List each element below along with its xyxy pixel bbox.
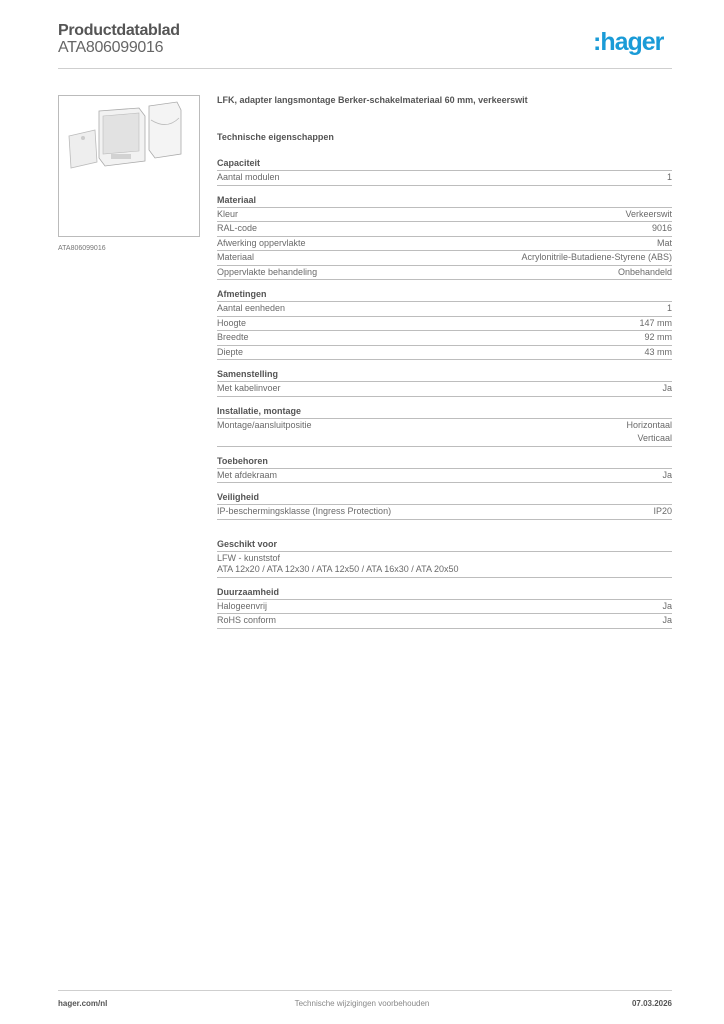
section-title: Veiligheid bbox=[217, 491, 672, 505]
spec-row: RoHS conform Ja bbox=[217, 614, 672, 629]
spec-label: Diepte bbox=[217, 346, 243, 360]
suitable-for-line: LFW - kunststof bbox=[217, 553, 672, 564]
image-caption: ATA806099016 bbox=[58, 245, 106, 252]
spec-row: Oppervlakte behandelingOnbehandeld bbox=[217, 266, 672, 281]
header-divider bbox=[58, 68, 672, 69]
spec-section: SamenstellingMet kabelinvoerJa bbox=[217, 368, 672, 397]
spec-label: Met afdekraam bbox=[217, 469, 277, 483]
spec-label: Hoogte bbox=[217, 317, 246, 331]
spec-content: LFK, adapter langsmontage Berker-schakel… bbox=[217, 95, 672, 637]
spec-value: Acrylonitrile-Butadiene-Styrene (ABS) bbox=[521, 251, 672, 265]
spec-section: AfmetingenAantal eenheden1Hoogte147 mmBr… bbox=[217, 288, 672, 360]
spec-row: IP-beschermingsklasse (Ingress Protectio… bbox=[217, 505, 672, 520]
product-image bbox=[58, 95, 200, 237]
spec-row: KleurVerkeerswit bbox=[217, 208, 672, 223]
spec-value: 147 mm bbox=[639, 317, 672, 331]
footer-divider bbox=[58, 990, 672, 991]
section-title: Geschikt voor bbox=[217, 538, 672, 552]
spec-label: RAL-code bbox=[217, 222, 257, 236]
footer-date: 07.03.2026 bbox=[632, 999, 672, 1008]
spec-label: Aantal eenheden bbox=[217, 302, 285, 316]
section-title: Afmetingen bbox=[217, 288, 672, 302]
spec-value: Onbehandeld bbox=[618, 266, 672, 280]
spec-row: Aantal eenheden1 bbox=[217, 302, 672, 317]
spec-label: Halogeenvrij bbox=[217, 600, 267, 614]
spec-section: MateriaalKleurVerkeerswitRAL-code9016Afw… bbox=[217, 194, 672, 281]
spec-label: Aantal modulen bbox=[217, 171, 280, 185]
spec-value: 1 bbox=[667, 302, 672, 316]
spec-row: MateriaalAcrylonitrile-Butadiene-Styrene… bbox=[217, 251, 672, 266]
spec-value: Verkeerswit bbox=[625, 208, 672, 222]
technical-properties-heading: Technische eigenschappen bbox=[217, 132, 672, 157]
spec-label: Montage/aansluitpositie bbox=[217, 419, 312, 446]
spec-row: Afwerking oppervlakteMat bbox=[217, 237, 672, 252]
section-title: Capaciteit bbox=[217, 157, 672, 171]
spec-row: Hoogte147 mm bbox=[217, 317, 672, 332]
spec-value: 1 bbox=[667, 171, 672, 185]
spec-label: Afwerking oppervlakte bbox=[217, 237, 306, 251]
spec-row: Met afdekraamJa bbox=[217, 469, 672, 484]
footer-disclaimer: Technische wijzigingen voorbehouden bbox=[0, 999, 724, 1008]
spec-label: Met kabelinvoer bbox=[217, 382, 281, 396]
product-description: LFK, adapter langsmontage Berker-schakel… bbox=[217, 95, 672, 132]
suitable-for-list: LFW - kunststof ATA 12x20 / ATA 12x30 / … bbox=[217, 552, 672, 578]
product-code: ATA806099016 bbox=[58, 39, 163, 57]
section-title: Toebehoren bbox=[217, 455, 672, 469]
spec-value: Mat bbox=[657, 237, 672, 251]
spec-value: Horizontaal Verticaal bbox=[626, 419, 672, 446]
section-title: Installatie, montage bbox=[217, 405, 672, 419]
spec-value: IP20 bbox=[653, 505, 672, 519]
spec-sections: CapaciteitAantal modulen1MateriaalKleurV… bbox=[217, 157, 672, 520]
spec-section: VeiligheidIP-beschermingsklasse (Ingress… bbox=[217, 491, 672, 520]
section-title: Materiaal bbox=[217, 194, 672, 208]
spec-label: Kleur bbox=[217, 208, 238, 222]
section-title: Samenstelling bbox=[217, 368, 672, 382]
spec-value: Ja bbox=[662, 469, 672, 483]
spec-value: 9016 bbox=[652, 222, 672, 236]
product-image-icon bbox=[59, 96, 199, 236]
spec-value: 43 mm bbox=[644, 346, 672, 360]
spec-label: IP-beschermingsklasse (Ingress Protectio… bbox=[217, 505, 391, 519]
spec-row: Breedte92 mm bbox=[217, 331, 672, 346]
spec-row: Aantal modulen1 bbox=[217, 171, 672, 186]
spec-row: Halogeenvrij Ja bbox=[217, 600, 672, 615]
spec-value: Ja bbox=[662, 614, 672, 628]
spec-row: Montage/aansluitpositieHorizontaal Verti… bbox=[217, 419, 672, 447]
hager-logo: :hager bbox=[593, 28, 663, 57]
spec-row: Diepte43 mm bbox=[217, 346, 672, 361]
spec-row: RAL-code9016 bbox=[217, 222, 672, 237]
spec-value: Ja bbox=[662, 600, 672, 614]
spec-label: Oppervlakte behandeling bbox=[217, 266, 317, 280]
document-title: Productdatablad bbox=[58, 22, 180, 40]
spec-label: RoHS conform bbox=[217, 614, 276, 628]
section-title: Duurzaamheid bbox=[217, 586, 672, 600]
spec-section: CapaciteitAantal modulen1 bbox=[217, 157, 672, 186]
suitable-for-section: Geschikt voor LFW - kunststof ATA 12x20 … bbox=[217, 538, 672, 578]
spec-row: Met kabelinvoerJa bbox=[217, 382, 672, 397]
spec-section: ToebehorenMet afdekraamJa bbox=[217, 455, 672, 484]
spec-section: Installatie, montageMontage/aansluitposi… bbox=[217, 405, 672, 447]
sustainability-section: Duurzaamheid Halogeenvrij Ja RoHS confor… bbox=[217, 586, 672, 629]
spec-label: Breedte bbox=[217, 331, 249, 345]
spec-label: Materiaal bbox=[217, 251, 254, 265]
spec-value: Ja bbox=[662, 382, 672, 396]
suitable-for-line: ATA 12x20 / ATA 12x30 / ATA 12x50 / ATA … bbox=[217, 564, 672, 575]
spec-value: 92 mm bbox=[644, 331, 672, 345]
